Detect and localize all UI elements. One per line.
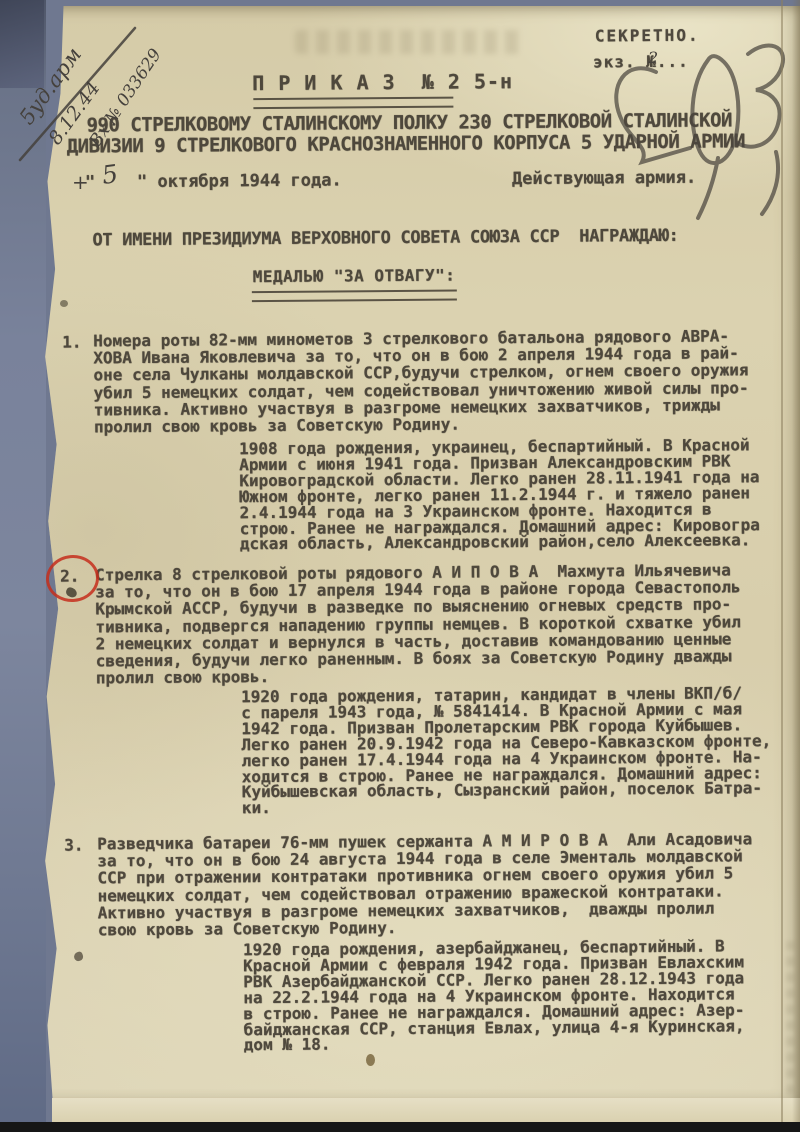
- entry-bio: 1920 года рождения, азербайджанец, беспа…: [243, 938, 745, 1053]
- entry-number: 3.: [64, 835, 83, 854]
- entry-number: 1.: [62, 332, 81, 351]
- order-title: П Р И К А З № 2 5-н: [252, 69, 513, 95]
- scanned-order-page: СЕКРЕТНО. экз. №... П Р И К А З № 2 5-н …: [0, 0, 800, 1132]
- paper-crease: [781, 0, 783, 1122]
- text-line: пролил свою кровь за Советскую Родину.: [94, 413, 749, 435]
- entry-citation: Номера роты 82-мм минометов 3 стрелковог…: [93, 327, 749, 435]
- entry-bio: 1920 года рождения, татарин, кандидат в …: [241, 685, 772, 816]
- pencil-cross-mark: +: [72, 170, 89, 194]
- award-entry-3: 3. Разведчика батареи 76-мм пушек сержан…: [0, 0, 796, 3]
- award-entry-2: 2. Стрелка 8 стрелковой роты рядового А …: [0, 0, 796, 3]
- right-edge-shadow: [792, 0, 800, 1122]
- award-entry-1: 1. Номера роты 82-мм минометов 3 стрелко…: [0, 0, 796, 3]
- title-underline: [253, 97, 453, 110]
- entry-bio: 1908 года рождения, украинец, беспартийн…: [239, 437, 760, 552]
- award-heading: МЕДАЛЬЮ "ЗА ОТВАГУ":: [253, 266, 456, 287]
- text-line: Куйбышевская область, Сызранский район, …: [242, 781, 772, 801]
- handwritten-page-number-203: [590, 30, 800, 230]
- registration-note-handwriting: 5уд.арм 8.12.44 Вх № 033629: [14, 6, 234, 186]
- underlying-page-edge: [52, 1098, 800, 1124]
- scan-bottom-edge: [0, 1122, 800, 1132]
- entry-citation: Разведчика батареи 76-мм пушек сержанта …: [97, 830, 753, 938]
- entry-citation: Стрелка 8 стрелковой роты рядового А И П…: [95, 561, 741, 686]
- text-line: дская область, Александровский район,сел…: [240, 533, 760, 553]
- award-underline: [252, 290, 457, 303]
